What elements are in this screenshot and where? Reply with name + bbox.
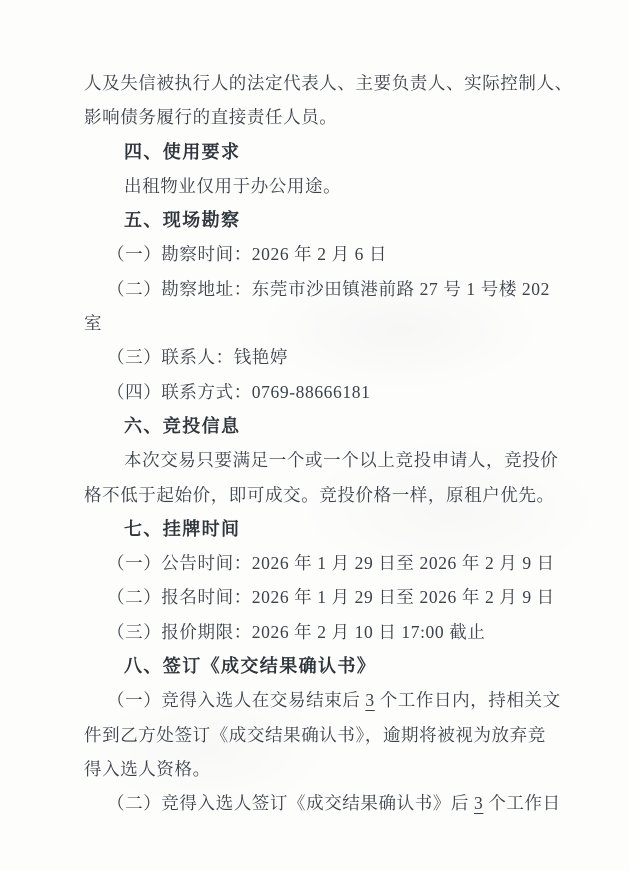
body-line: 出租物业仅用于办公用途。 xyxy=(84,169,552,203)
list-item-survey-time: （一）勘察时间：2026 年 2 月 6 日 xyxy=(84,237,552,271)
body-line: （二）竞得入选人签订《成交结果确认书》后 3 个工作日 xyxy=(84,786,552,820)
section-heading-listing-period: 七、挂牌时间 xyxy=(84,512,552,546)
body-line: 本次交易只要满足一个或一个以上竞投申请人，竞投价 xyxy=(84,443,552,477)
underlined-number: 3 xyxy=(365,690,374,710)
underlined-number: 3 xyxy=(474,793,483,813)
body-line: 格不低于起始价，即可成交。竞投价格一样，原租户优先。 xyxy=(84,478,552,512)
body-line: 得入选人资格。 xyxy=(84,752,552,786)
body-line: 室 xyxy=(84,306,552,340)
list-item-announcement-period: （一）公告时间：2026 年 1 月 29 日至 2026 年 2 月 9 日 xyxy=(84,546,552,580)
body-line: 影响债务履行的直接责任人员。 xyxy=(84,100,552,134)
section-heading-confirmation-signing: 八、签订《成交结果确认书》 xyxy=(84,649,552,683)
line-text: （一）竞得入选人在交易结束后 xyxy=(107,690,365,710)
body-line: 件到乙方处签订《成交结果确认书》，逾期将被视为放弃竞 xyxy=(84,718,552,752)
list-item-survey-address: （二）勘察地址：东莞市沙田镇港前路 27 号 1 号楼 202 xyxy=(84,272,552,306)
line-text: 个工作日 xyxy=(483,793,560,813)
section-heading-bidding-info: 六、竞投信息 xyxy=(84,409,552,443)
line-text: 个工作日内，持相关文 xyxy=(375,690,561,710)
section-heading-usage-requirements: 四、使用要求 xyxy=(84,135,552,169)
document-body: 人及失信被执行人的法定代表人、主要负责人、实际控制人、 影响债务履行的直接责任人… xyxy=(84,66,552,821)
document-page: 人及失信被执行人的法定代表人、主要负责人、实际控制人、 影响债务履行的直接责任人… xyxy=(0,0,629,871)
body-line-continuation: 人及失信被执行人的法定代表人、主要负责人、实际控制人、 xyxy=(84,66,552,100)
list-item-contact-phone: （四）联系方式：0769-88666181 xyxy=(84,375,552,409)
section-heading-site-survey: 五、现场勘察 xyxy=(84,203,552,237)
body-line: （一）竞得入选人在交易结束后 3 个工作日内，持相关文 xyxy=(84,683,552,717)
list-item-registration-period: （二）报名时间：2026 年 1 月 29 日至 2026 年 2 月 9 日 xyxy=(84,580,552,614)
line-text: （二）竞得入选人签订《成交结果确认书》后 xyxy=(107,793,474,813)
list-item-quotation-deadline: （三）报价期限：2026 年 2 月 10 日 17:00 截止 xyxy=(84,615,552,649)
list-item-contact-person: （三）联系人：钱艳婷 xyxy=(84,340,552,374)
